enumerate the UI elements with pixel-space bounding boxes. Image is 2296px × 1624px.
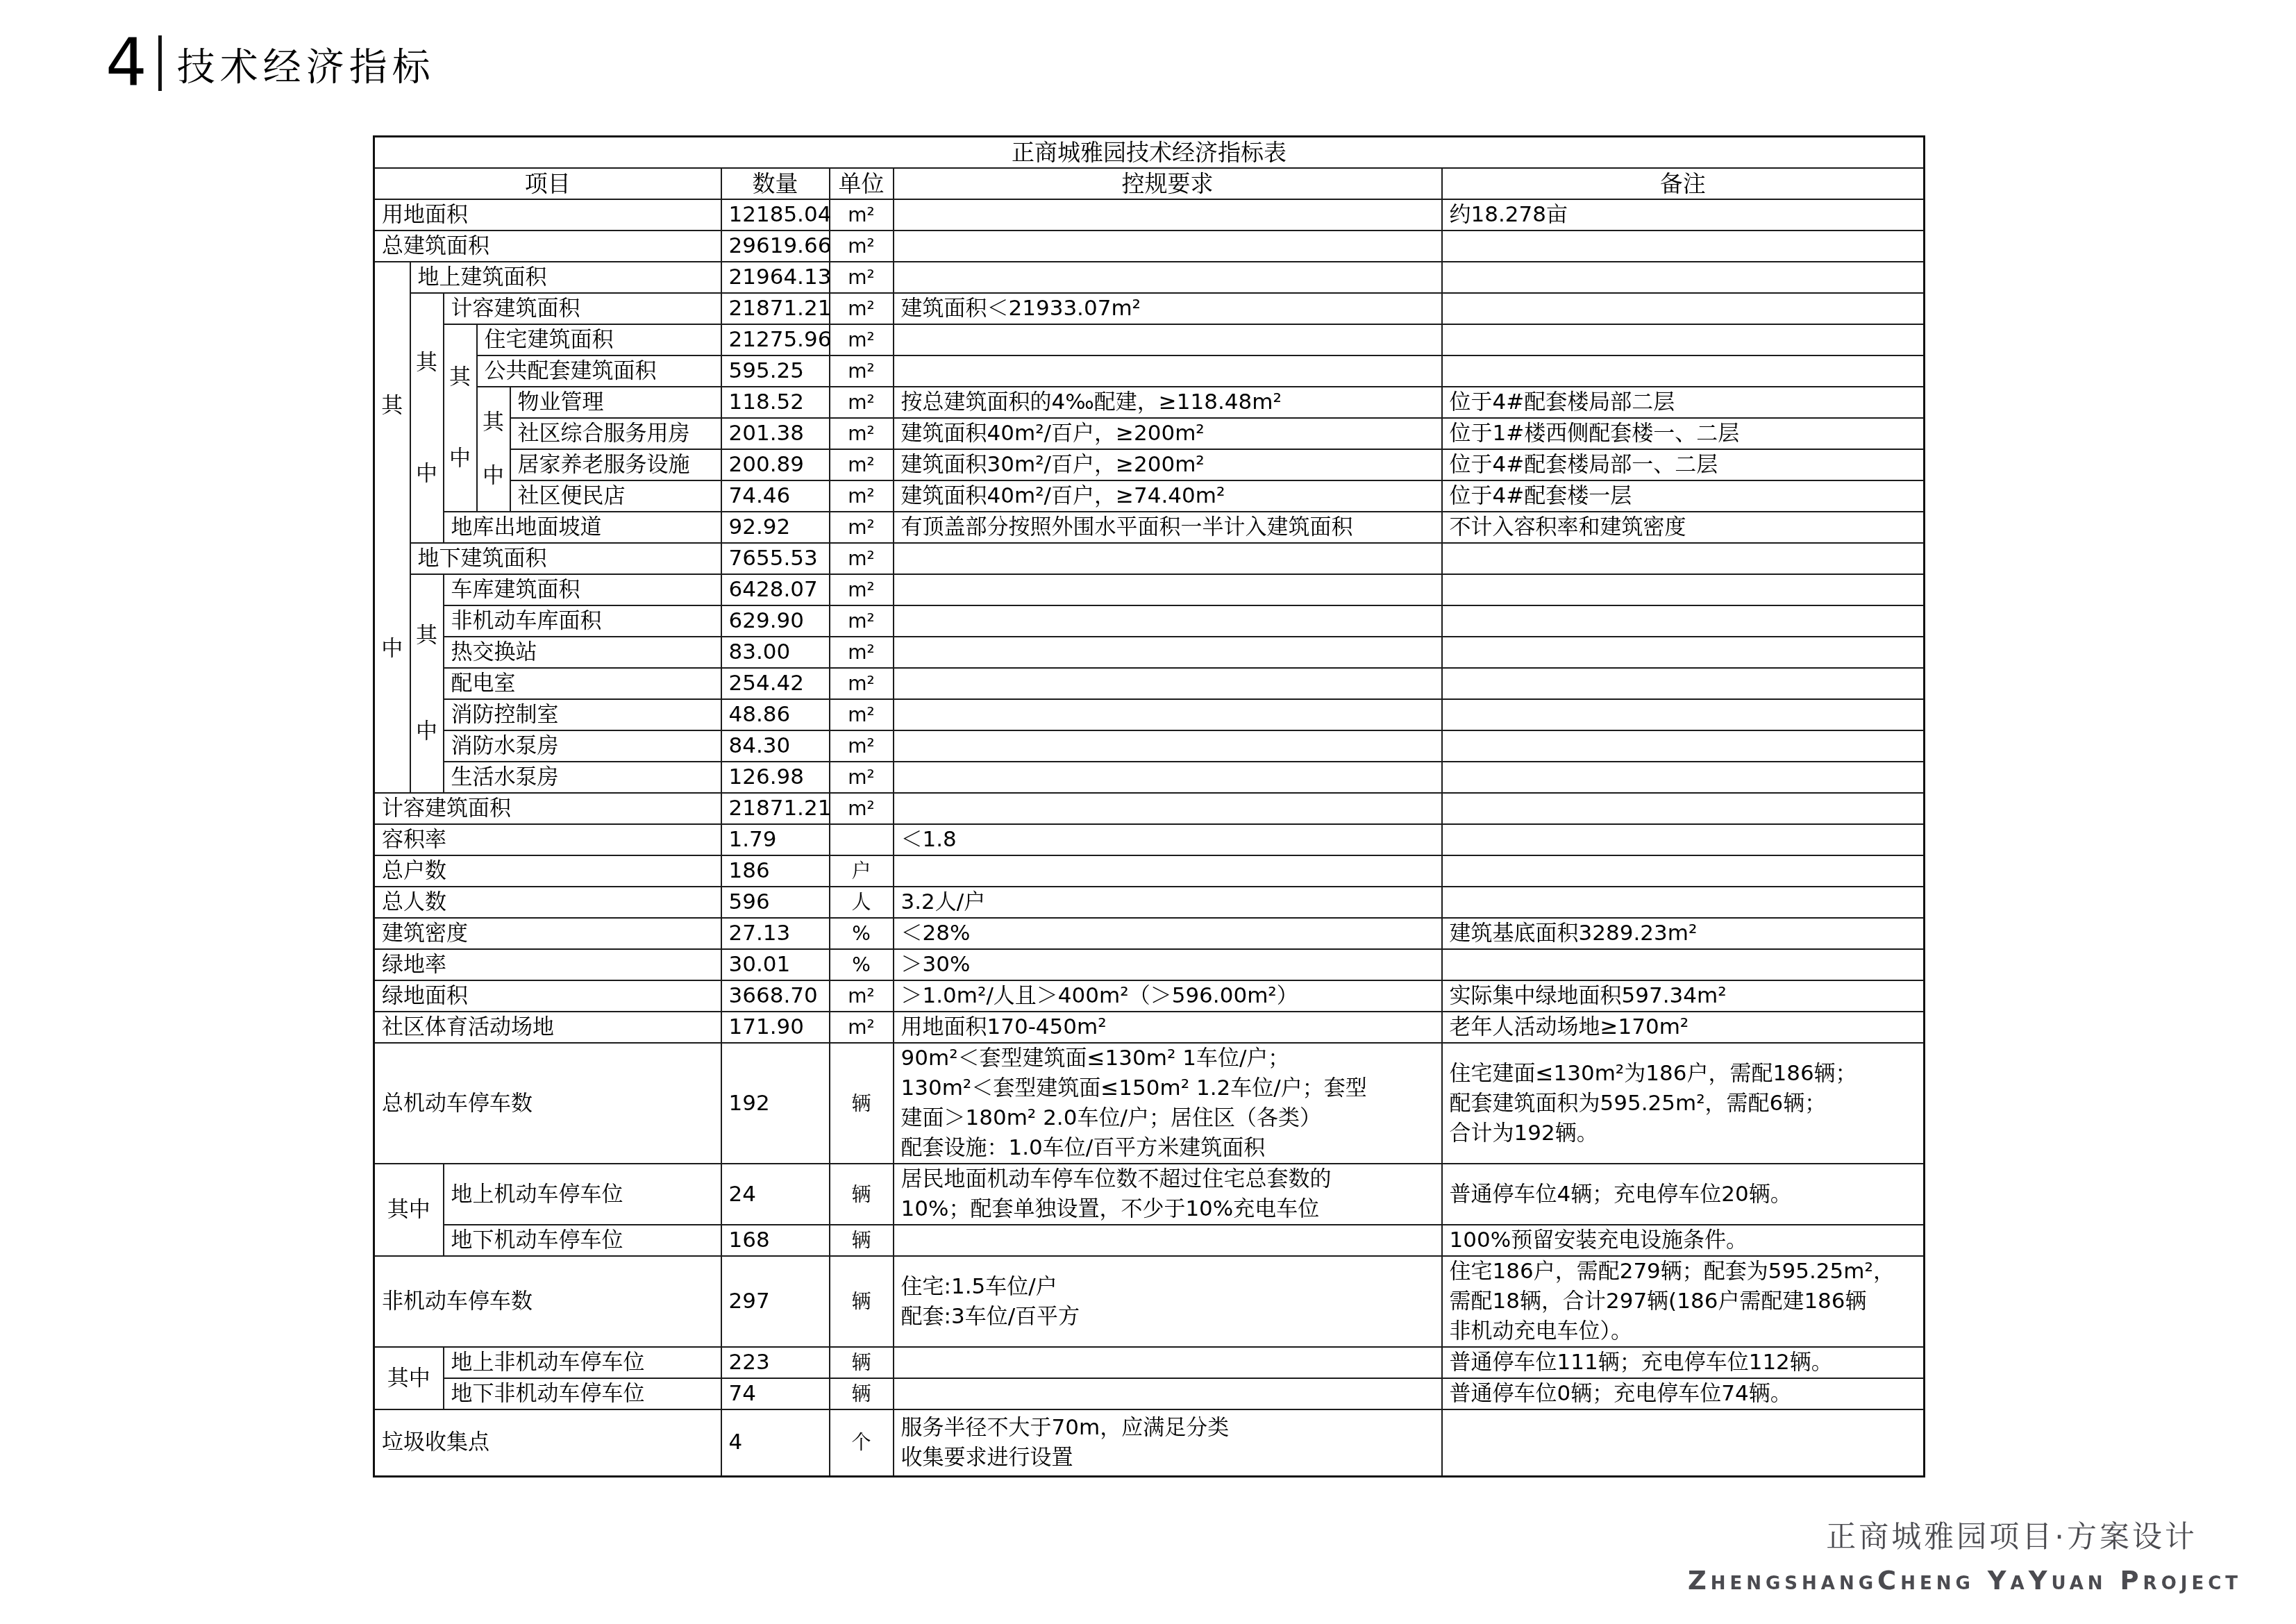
unit-cell: m²: [830, 668, 894, 699]
qty-cell: 223: [721, 1347, 830, 1378]
qizhong-char: 中: [449, 444, 471, 473]
unit-cell: m²: [830, 793, 894, 824]
table-row: 绿地率 30.01 % ＞30%: [374, 949, 1925, 980]
item-cell: 地库出地面坡道: [444, 512, 721, 543]
remark-cell: [1442, 793, 1925, 824]
item-cell: 计容建筑面积: [444, 293, 721, 324]
unit-cell: [830, 824, 894, 855]
table-row: 热交换站 83.00 m²: [374, 637, 1925, 668]
req-cell: 居民地面机动车停车位数不超过住宅总套数的 10%；配套单独设置，不少于10%充电…: [894, 1164, 1442, 1225]
remark-cell: 100%预留安装充电设施条件。: [1442, 1225, 1925, 1256]
unit-cell: 个: [830, 1409, 894, 1476]
remark-cell: [1442, 543, 1925, 574]
qty-cell: 200.89: [721, 449, 830, 480]
unit-cell: m²: [830, 543, 894, 574]
qty-cell: 126.98: [721, 762, 830, 793]
remark-cell: 不计入容积率和建筑密度: [1442, 512, 1925, 543]
qty-cell: 29619.66: [721, 231, 830, 262]
req-cell: 建筑面积30m²/百户，≥200m²: [894, 449, 1442, 480]
item-cell: 总户数: [374, 855, 721, 887]
table-row: 地下建筑面积 7655.53 m²: [374, 543, 1925, 574]
req-cell: [894, 543, 1442, 574]
qty-cell: 596: [721, 887, 830, 918]
qizhong-char: 其: [381, 392, 403, 420]
qty-cell: 83.00: [721, 637, 830, 668]
item-cell: 车库建筑面积: [444, 574, 721, 605]
item-cell: 地上机动车停车位: [444, 1164, 721, 1225]
item-cell: 总人数: [374, 887, 721, 918]
unit-cell: 户: [830, 855, 894, 887]
header-unit: 单位: [830, 168, 894, 199]
qty-cell: 192: [721, 1043, 830, 1164]
qizhong-cell-level3: 其 中: [444, 324, 477, 512]
remark-cell: [1442, 1409, 1925, 1476]
item-cell: 居家养老服务设施: [510, 449, 721, 480]
table-row: 社区便民店 74.46 m² 建筑面积40m²/百户，≥74.40m² 位于4#…: [374, 480, 1925, 512]
req-cell: [894, 199, 1442, 231]
table-row: 公共配套建筑面积 595.25 m²: [374, 355, 1925, 387]
req-cell: 用地面积170-450m²: [894, 1012, 1442, 1043]
unit-cell: 辆: [830, 1347, 894, 1378]
req-cell: [894, 355, 1442, 387]
item-cell: 社区综合服务用房: [510, 418, 721, 449]
req-cell: ＜28%: [894, 918, 1442, 949]
remark-cell: [1442, 699, 1925, 730]
table-row: 消防水泵房 84.30 m²: [374, 730, 1925, 762]
unit-cell: m²: [830, 324, 894, 355]
unit-cell: m²: [830, 637, 894, 668]
remark-cell: 位于1#楼西侧配套楼一、二层: [1442, 418, 1925, 449]
req-cell: [894, 231, 1442, 262]
qty-cell: 118.52: [721, 387, 830, 418]
header-remark: 备注: [1442, 168, 1925, 199]
qizhong-cell-level1: 其 中: [374, 262, 410, 793]
remark-cell: 位于4#配套楼局部一、二层: [1442, 449, 1925, 480]
unit-cell: m²: [830, 512, 894, 543]
remark-cell: [1442, 855, 1925, 887]
header-qty: 数量: [721, 168, 830, 199]
item-cell: 社区体育活动场地: [374, 1012, 721, 1043]
remark-cell: [1442, 762, 1925, 793]
table-row: 居家养老服务设施 200.89 m² 建筑面积30m²/百户，≥200m² 位于…: [374, 449, 1925, 480]
qty-cell: 4: [721, 1409, 830, 1476]
remark-cell: [1442, 637, 1925, 668]
page-title: 4 技术经济指标: [106, 31, 435, 96]
item-cell: 消防控制室: [444, 699, 721, 730]
remark-cell: 住宅186户，需配279辆；配套为595.25m²， 需配18辆，合计297辆(…: [1442, 1256, 1925, 1347]
remark-cell: 位于4#配套楼一层: [1442, 480, 1925, 512]
req-cell: [894, 605, 1442, 637]
qty-cell: 3668.70: [721, 980, 830, 1012]
req-cell: ＞30%: [894, 949, 1442, 980]
remark-cell: 约18.278亩: [1442, 199, 1925, 231]
qty-cell: 21275.96: [721, 324, 830, 355]
remark-cell: 普通停车位4辆；充电停车位20辆。: [1442, 1164, 1925, 1225]
item-cell: 生活水泵房: [444, 762, 721, 793]
req-cell: 有顶盖部分按照外围水平面积一半计入建筑面积: [894, 512, 1442, 543]
qty-cell: 254.42: [721, 668, 830, 699]
req-cell: 建筑面积40m²/百户，≥200m²: [894, 418, 1442, 449]
unit-cell: m²: [830, 574, 894, 605]
unit-cell: m²: [830, 762, 894, 793]
item-cell: 垃圾收集点: [374, 1409, 721, 1476]
qty-cell: 12185.04: [721, 199, 830, 231]
item-cell: 非机动车库面积: [444, 605, 721, 637]
remark-cell: [1442, 887, 1925, 918]
section-number: 4: [106, 31, 147, 96]
table-row: 地下非机动车停车位 74 辆 普通停车位0辆；充电停车位74辆。: [374, 1378, 1925, 1409]
unit-cell: m²: [830, 699, 894, 730]
unit-cell: m²: [830, 449, 894, 480]
item-cell: 建筑密度: [374, 918, 721, 949]
remark-cell: [1442, 262, 1925, 293]
qty-cell: 6428.07: [721, 574, 830, 605]
item-cell: 绿地面积: [374, 980, 721, 1012]
table-row: 配电室 254.42 m²: [374, 668, 1925, 699]
table-row: 其 中 车库建筑面积 6428.07 m²: [374, 574, 1925, 605]
qizhong-char: 其: [416, 349, 437, 377]
qizhong-char: 中: [416, 460, 437, 488]
req-cell: [894, 762, 1442, 793]
table-row: 非机动车停车数 297 辆 住宅:1.5车位/户 配套:3车位/百平方 住宅18…: [374, 1256, 1925, 1347]
unit-cell: %: [830, 918, 894, 949]
item-cell: 地下机动车停车位: [444, 1225, 721, 1256]
unit-cell: 辆: [830, 1378, 894, 1409]
indicator-table: 正商城雅园技术经济指标表 项目 数量 单位 控规要求 备注 用地面积 12185…: [373, 135, 1925, 1477]
unit-cell: 辆: [830, 1164, 894, 1225]
qty-cell: 21871.21: [721, 293, 830, 324]
table-row: 总人数 596 人 3.2人/户: [374, 887, 1925, 918]
page-footer: 正商城雅园项目·方案设计 ZhengshangCheng YaYuan Proj…: [1688, 1514, 2242, 1596]
req-cell: ＜1.8: [894, 824, 1442, 855]
unit-cell: m²: [830, 605, 894, 637]
qty-cell: 30.01: [721, 949, 830, 980]
unit-cell: m²: [830, 231, 894, 262]
req-cell: ＞1.0m²/人且＞400m²（＞596.00m²）: [894, 980, 1442, 1012]
req-cell: [894, 1378, 1442, 1409]
item-cell: 消防水泵房: [444, 730, 721, 762]
remark-cell: [1442, 730, 1925, 762]
unit-cell: m²: [830, 418, 894, 449]
qizhong-char: 中: [381, 635, 403, 663]
qty-cell: 7655.53: [721, 543, 830, 574]
table-row: 总户数 186 户: [374, 855, 1925, 887]
table-row: 其中 地上机动车停车位 24 辆 居民地面机动车停车位数不超过住宅总套数的 10…: [374, 1164, 1925, 1225]
qizhong-char: 其: [483, 408, 504, 437]
qizhong-char: 中: [483, 462, 504, 490]
qty-cell: 74: [721, 1378, 830, 1409]
req-cell: 住宅:1.5车位/户 配套:3车位/百平方: [894, 1256, 1442, 1347]
remark-cell: 普通停车位0辆；充电停车位74辆。: [1442, 1378, 1925, 1409]
req-cell: 按总建筑面积的4‰配建，≥118.48m²: [894, 387, 1442, 418]
remark-cell: 住宅建面≤130m²为186户，需配186辆； 配套建筑面积为595.25m²，…: [1442, 1043, 1925, 1164]
qizhong-cell-level4: 其 中: [477, 387, 510, 512]
item-cell: 计容建筑面积: [374, 793, 721, 824]
qty-cell: 201.38: [721, 418, 830, 449]
req-cell: [894, 1225, 1442, 1256]
qty-cell: 297: [721, 1256, 830, 1347]
remark-cell: 老年人活动场地≥170m²: [1442, 1012, 1925, 1043]
req-cell: [894, 855, 1442, 887]
table-row: 生活水泵房 126.98 m²: [374, 762, 1925, 793]
table-row: 非机动车库面积 629.90 m²: [374, 605, 1925, 637]
req-cell: 90m²＜套型建筑面≤130m² 1车位/户； 130m²＜套型建筑面≤150m…: [894, 1043, 1442, 1164]
unit-cell: 辆: [830, 1256, 894, 1347]
item-cell: 公共配套建筑面积: [477, 355, 721, 387]
table-title: 正商城雅园技术经济指标表: [374, 137, 1925, 169]
unit-cell: 人: [830, 887, 894, 918]
table-row: 其 中 住宅建筑面积 21275.96 m²: [374, 324, 1925, 355]
unit-cell: m²: [830, 480, 894, 512]
unit-cell: m²: [830, 199, 894, 231]
table-row: 用地面积 12185.04 m² 约18.278亩: [374, 199, 1925, 231]
item-cell: 住宅建筑面积: [477, 324, 721, 355]
req-cell: 建筑面积＜21933.07m²: [894, 293, 1442, 324]
table-row: 地库出地面坡道 92.92 m² 有顶盖部分按照外围水平面积一半计入建筑面积 不…: [374, 512, 1925, 543]
table-row: 计容建筑面积 21871.21 m²: [374, 793, 1925, 824]
table-header-row: 项目 数量 单位 控规要求 备注: [374, 168, 1925, 199]
qty-cell: 74.46: [721, 480, 830, 512]
remark-cell: 位于4#配套楼局部二层: [1442, 387, 1925, 418]
qty-cell: 21964.13: [721, 262, 830, 293]
qizhong-char: 其: [449, 363, 471, 392]
qty-cell: 24: [721, 1164, 830, 1225]
page-title-text: 技术经济指标: [177, 36, 435, 91]
unit-cell: m²: [830, 387, 894, 418]
remark-cell: [1442, 949, 1925, 980]
item-cell: 地上建筑面积: [410, 262, 721, 293]
req-cell: 服务半径不大于70m，应满足分类 收集要求进行设置: [894, 1409, 1442, 1476]
footer-project-subtitle: ZhengshangCheng YaYuan Project: [1688, 1566, 2242, 1596]
unit-cell: m²: [830, 293, 894, 324]
qty-cell: 84.30: [721, 730, 830, 762]
item-cell: 用地面积: [374, 199, 721, 231]
unit-cell: 辆: [830, 1225, 894, 1256]
table-row: 其 中 计容建筑面积 21871.21 m² 建筑面积＜21933.07m²: [374, 293, 1925, 324]
req-cell: [894, 668, 1442, 699]
qty-cell: 595.25: [721, 355, 830, 387]
req-cell: [894, 793, 1442, 824]
remark-cell: [1442, 324, 1925, 355]
item-cell: 热交换站: [444, 637, 721, 668]
unit-cell: m²: [830, 730, 894, 762]
table-row: 地下机动车停车位 168 辆 100%预留安装充电设施条件。: [374, 1225, 1925, 1256]
unit-cell: m²: [830, 355, 894, 387]
table-row: 绿地面积 3668.70 m² ＞1.0m²/人且＞400m²（＞596.00m…: [374, 980, 1925, 1012]
remark-cell: [1442, 231, 1925, 262]
unit-cell: m²: [830, 980, 894, 1012]
qty-cell: 629.90: [721, 605, 830, 637]
qizhong-char: 中: [416, 717, 437, 746]
req-cell: [894, 262, 1442, 293]
table-row: 其中 地上非机动车停车位 223 辆 普通停车位111辆；充电停车位112辆。: [374, 1347, 1925, 1378]
table-row: 建筑密度 27.13 % ＜28% 建筑基底面积3289.23m²: [374, 918, 1925, 949]
qty-cell: 21871.21: [721, 793, 830, 824]
qizhong-cell-underground: 其 中: [410, 574, 444, 793]
req-cell: 建筑面积40m²/百户，≥74.40m²: [894, 480, 1442, 512]
remark-cell: 普通停车位111辆；充电停车位112辆。: [1442, 1347, 1925, 1378]
remark-cell: 实际集中绿地面积597.34m²: [1442, 980, 1925, 1012]
table-row: 总机动车停车数 192 辆 90m²＜套型建筑面≤130m² 1车位/户； 13…: [374, 1043, 1925, 1164]
item-cell: 总机动车停车数: [374, 1043, 721, 1164]
qizhong-char: 其: [416, 621, 437, 650]
remark-cell: 建筑基底面积3289.23m²: [1442, 918, 1925, 949]
qty-cell: 27.13: [721, 918, 830, 949]
unit-cell: m²: [830, 262, 894, 293]
table-row: 其 中 物业管理 118.52 m² 按总建筑面积的4‰配建，≥118.48m²…: [374, 387, 1925, 418]
remark-cell: [1442, 355, 1925, 387]
req-cell: [894, 637, 1442, 668]
table-row: 消防控制室 48.86 m²: [374, 699, 1925, 730]
remark-cell: [1442, 293, 1925, 324]
item-cell: 地上非机动车停车位: [444, 1347, 721, 1378]
remark-cell: [1442, 605, 1925, 637]
header-item: 项目: [374, 168, 721, 199]
qty-cell: 168: [721, 1225, 830, 1256]
unit-cell: 辆: [830, 1043, 894, 1164]
req-cell: [894, 1347, 1442, 1378]
item-cell: 容积率: [374, 824, 721, 855]
req-cell: [894, 324, 1442, 355]
title-divider: [158, 35, 162, 91]
header-req: 控规要求: [894, 168, 1442, 199]
table-title-row: 正商城雅园技术经济指标表: [374, 137, 1925, 169]
item-cell: 社区便民店: [510, 480, 721, 512]
qty-cell: 48.86: [721, 699, 830, 730]
req-cell: 3.2人/户: [894, 887, 1442, 918]
qizhong-cell-level2: 其 中: [410, 293, 444, 543]
item-cell: 非机动车停车数: [374, 1256, 721, 1347]
req-cell: [894, 699, 1442, 730]
item-cell: 地下非机动车停车位: [444, 1378, 721, 1409]
qty-cell: 171.90: [721, 1012, 830, 1043]
table-row: 社区综合服务用房 201.38 m² 建筑面积40m²/百户，≥200m² 位于…: [374, 418, 1925, 449]
req-cell: [894, 574, 1442, 605]
item-cell: 配电室: [444, 668, 721, 699]
qizhong-cell-motor: 其中: [374, 1164, 444, 1256]
unit-cell: %: [830, 949, 894, 980]
unit-cell: m²: [830, 1012, 894, 1043]
item-cell: 绿地率: [374, 949, 721, 980]
table-row: 总建筑面积 29619.66 m²: [374, 231, 1925, 262]
table-row: 容积率 1.79 ＜1.8: [374, 824, 1925, 855]
qty-cell: 186: [721, 855, 830, 887]
item-cell: 物业管理: [510, 387, 721, 418]
table-row: 其 中 地上建筑面积 21964.13 m²: [374, 262, 1925, 293]
table-row: 社区体育活动场地 171.90 m² 用地面积170-450m² 老年人活动场地…: [374, 1012, 1925, 1043]
qty-cell: 1.79: [721, 824, 830, 855]
qty-cell: 92.92: [721, 512, 830, 543]
remark-cell: [1442, 574, 1925, 605]
table-row: 垃圾收集点 4 个 服务半径不大于70m，应满足分类 收集要求进行设置: [374, 1409, 1925, 1476]
qizhong-cell-nonmotor: 其中: [374, 1347, 444, 1409]
req-cell: [894, 730, 1442, 762]
item-cell: 地下建筑面积: [410, 543, 721, 574]
remark-cell: [1442, 824, 1925, 855]
remark-cell: [1442, 668, 1925, 699]
item-cell: 总建筑面积: [374, 231, 721, 262]
footer-project-title: 正商城雅园项目·方案设计: [1688, 1514, 2197, 1556]
